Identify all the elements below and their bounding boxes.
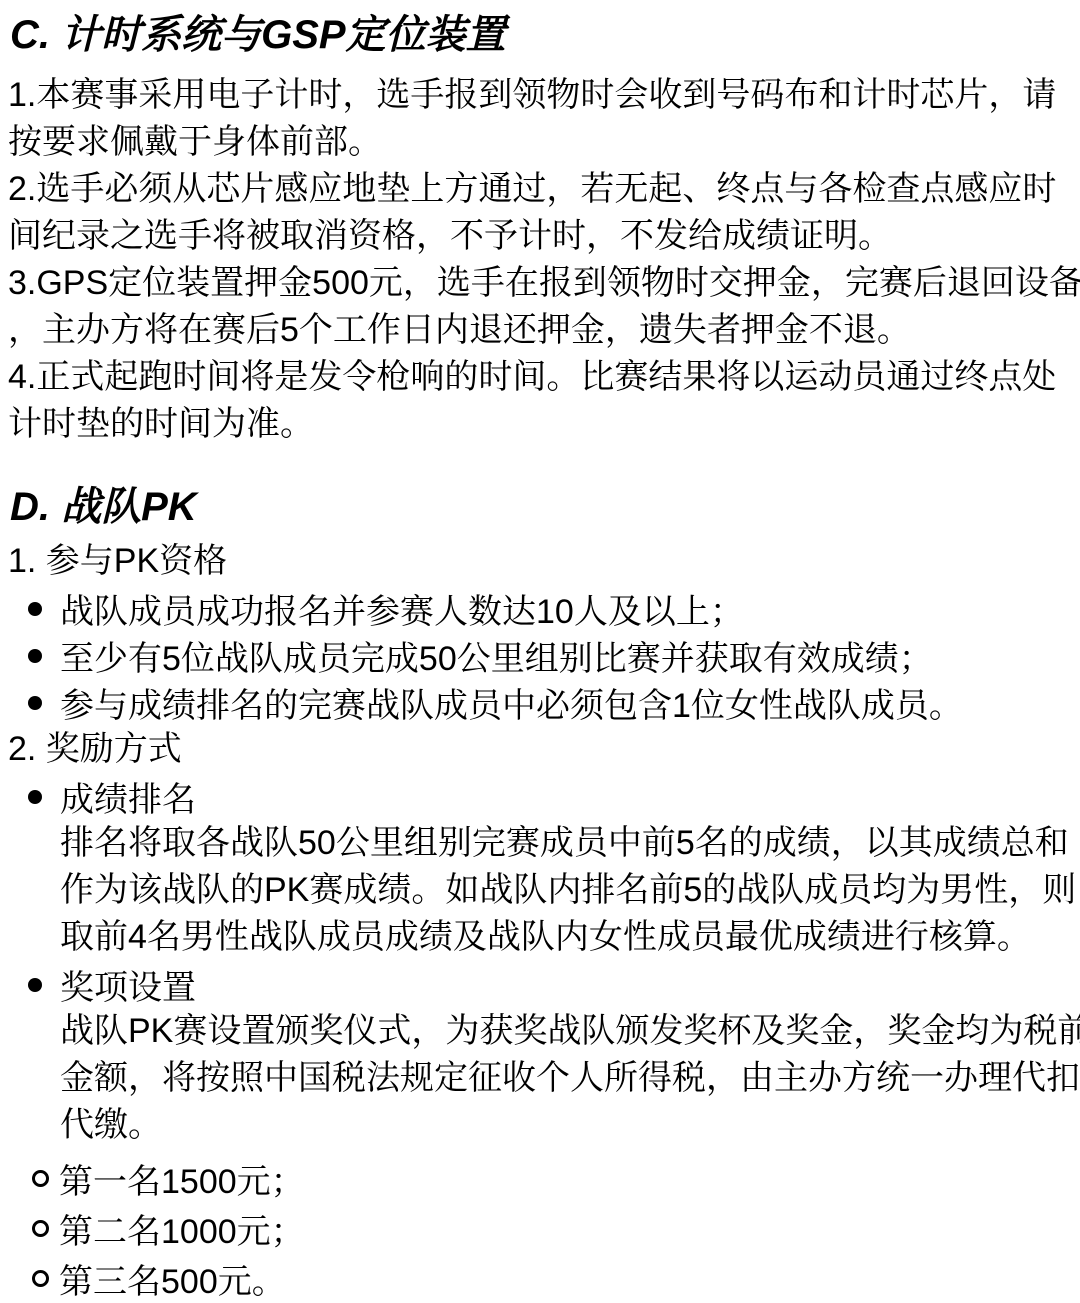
- bullet-text: 第三名500元。: [59, 1254, 286, 1303]
- paragraph-line: 作为该战队的PK赛成绩。如战队内排名前5的战队成员均为男性，则: [0, 867, 1080, 914]
- paragraph-line: 计时垫的时间为准。: [0, 401, 1080, 448]
- document-page: C. 计时系统与GSP定位装置 1.本赛事采用电子计时，选手报到领物时会收到号码…: [0, 0, 1080, 1303]
- bullet-icon: [28, 790, 42, 804]
- circle-bullet-icon: [32, 1270, 49, 1287]
- bullet-icon: [28, 978, 42, 992]
- section-team-pk: D. 战队PK 1. 参与PK资格 战队成员成功报名并参赛人数达10人及以上； …: [0, 484, 1080, 1303]
- bullet-text: 第一名1500元；: [59, 1154, 305, 1203]
- paragraph-start-time: 4.正式起跑时间将是发令枪响的时间。比赛结果将以运动员通过终点处 计时垫的时间为…: [0, 354, 1080, 448]
- list-item: 第三名500元。: [0, 1253, 1080, 1303]
- list-item: 至少有5位战队成员完成50公里组别比赛并获取有效成绩；: [0, 632, 1080, 679]
- circle-bullet-icon: [32, 1220, 49, 1237]
- paragraph-ranking-rule: 排名将取各战队50公里组别完赛成员中前5名的成绩，以其成绩总和 作为该战队的PK…: [0, 820, 1080, 961]
- paragraph-line: 按要求佩戴于身体前部。: [0, 119, 1080, 166]
- circle-bullet-icon: [32, 1170, 49, 1187]
- paragraph-award-rule: 战队PK赛设置颁奖仪式，为获奖战队颁发奖杯及奖金，奖金均为税前 金额，将按照中国…: [0, 1008, 1080, 1149]
- list-item: 奖项设置: [0, 961, 1080, 1008]
- paragraph-line: ，主办方将在赛后5个工作日内退还押金，遗失者押金不退。: [0, 307, 1080, 354]
- section-timing-gps: C. 计时系统与GSP定位装置 1.本赛事采用电子计时，选手报到领物时会收到号码…: [0, 12, 1080, 448]
- list-item: 成绩排名: [0, 773, 1080, 820]
- paragraph-line: 4.正式起跑时间将是发令枪响的时间。比赛结果将以运动员通过终点处: [0, 354, 1080, 401]
- section-heading-d: D. 战队PK: [0, 484, 1080, 530]
- prize-list: 第一名1500元； 第二名1000元； 第三名500元。: [0, 1153, 1080, 1303]
- bullet-text: 参与成绩排名的完赛战队成员中必须包含1位女性战队成员。: [60, 678, 963, 727]
- paragraph-line: 取前4名男性战队成员成绩及战队内女性成员最优成绩进行核算。: [0, 914, 1080, 961]
- paragraph-line: 2.选手必须从芯片感应地垫上方通过，若无起、终点与各检查点感应时: [0, 166, 1080, 213]
- bullet-icon: [28, 602, 42, 616]
- numbered-item-reward-method: 2. 奖励方式: [0, 726, 1080, 773]
- paragraph-line: 3.GPS定位装置押金500元，选手在报到领物时交押金，完赛后退回设备: [0, 260, 1080, 307]
- paragraph-line: 代缴。: [0, 1102, 1080, 1149]
- section-heading-c: C. 计时系统与GSP定位装置: [0, 12, 1080, 58]
- bullet-text: 奖项设置: [60, 960, 196, 1009]
- paragraph-line: 战队PK赛设置颁奖仪式，为获奖战队颁发奖杯及奖金，奖金均为税前: [0, 1008, 1080, 1055]
- list-item: 第二名1000元；: [0, 1203, 1080, 1253]
- list-item: 战队成员成功报名并参赛人数达10人及以上；: [0, 585, 1080, 632]
- bullet-text: 至少有5位战队成员完成50公里组别比赛并获取有效成绩；: [60, 631, 933, 680]
- bullet-text: 战队成员成功报名并参赛人数达10人及以上；: [60, 584, 744, 633]
- paragraph-line: 间纪录之选手将被取消资格，不予计时，不发给成绩证明。: [0, 213, 1080, 260]
- paragraph-line: 1.本赛事采用电子计时，选手报到领物时会收到号码布和计时芯片，请: [0, 72, 1080, 119]
- paragraph-chip-mat: 2.选手必须从芯片感应地垫上方通过，若无起、终点与各检查点感应时 间纪录之选手将…: [0, 166, 1080, 260]
- bullet-text: 第二名1000元；: [59, 1204, 305, 1253]
- paragraph-electronic-timing: 1.本赛事采用电子计时，选手报到领物时会收到号码布和计时芯片，请 按要求佩戴于身…: [0, 72, 1080, 166]
- list-item: 第一名1500元；: [0, 1153, 1080, 1203]
- list-item: 参与成绩排名的完赛战队成员中必须包含1位女性战队成员。: [0, 679, 1080, 726]
- bullet-icon: [28, 649, 42, 663]
- bullet-text: 成绩排名: [60, 772, 196, 821]
- paragraph-line: 排名将取各战队50公里组别完赛成员中前5名的成绩，以其成绩总和: [0, 820, 1080, 867]
- bullet-icon: [28, 696, 42, 710]
- paragraph-line: 金额，将按照中国税法规定征收个人所得税，由主办方统一办理代扣: [0, 1055, 1080, 1102]
- numbered-item-pk-qualification: 1. 参与PK资格: [0, 538, 1080, 585]
- paragraph-gps-deposit: 3.GPS定位装置押金500元，选手在报到领物时交押金，完赛后退回设备 ，主办方…: [0, 260, 1080, 354]
